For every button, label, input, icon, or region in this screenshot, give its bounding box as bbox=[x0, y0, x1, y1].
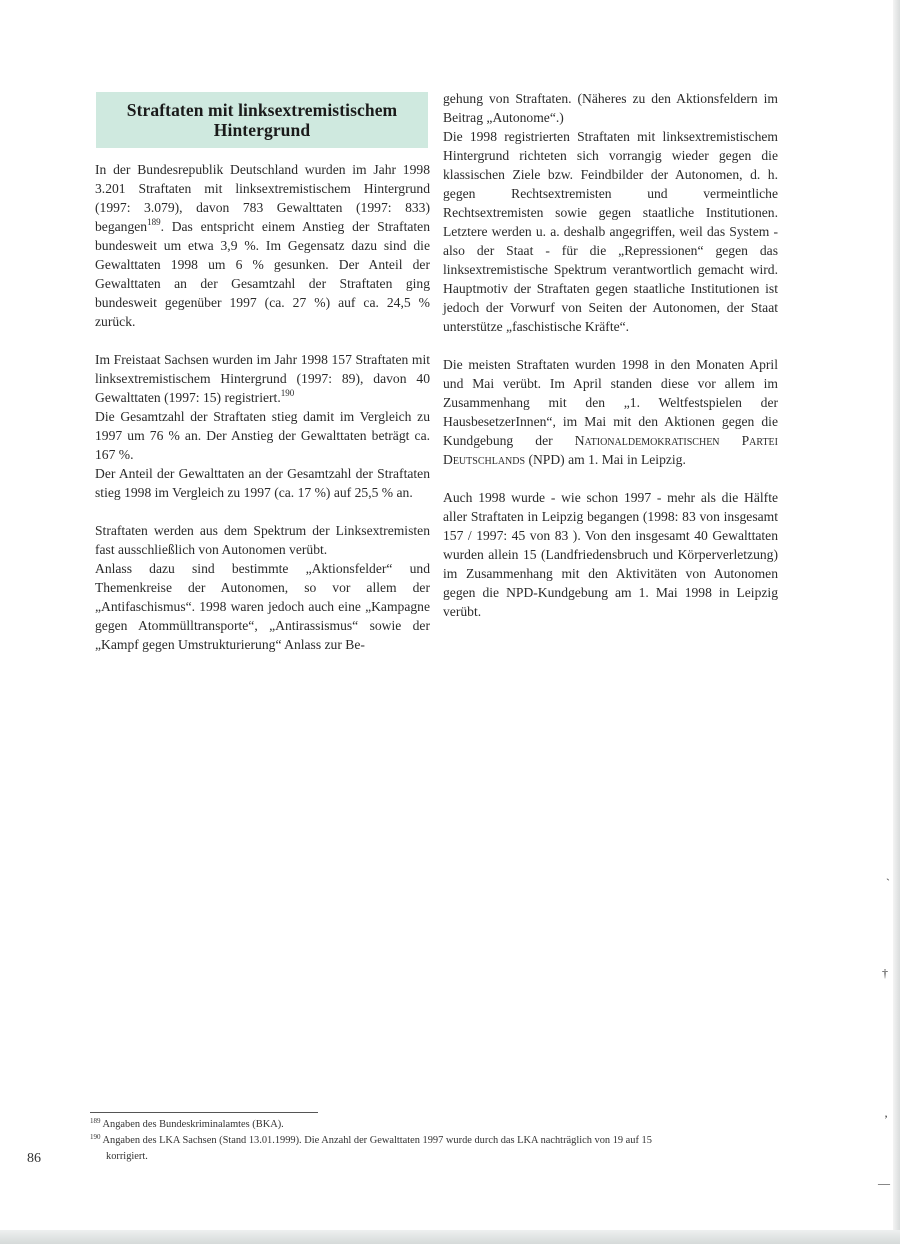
section-title: Straftaten mit linksextremistischem Hint… bbox=[96, 100, 428, 140]
page-edge-shadow-bottom bbox=[0, 1230, 900, 1244]
paragraph-federal-stats: In der Bundesrepublik Deutschland wurden… bbox=[95, 160, 430, 331]
footnote-189: 189 Angaben des Bundeskriminalamtes (BKA… bbox=[90, 1117, 790, 1133]
paragraph-saxony-stats: Im Freistaat Sachsen wurden im Jahr 1998… bbox=[95, 350, 430, 407]
footnotes: 189 Angaben des Bundeskriminalamtes (BKA… bbox=[90, 1117, 790, 1165]
section-title-box: Straftaten mit linksextremistischem Hint… bbox=[96, 92, 428, 148]
paragraph-april-may: Die meisten Straftaten wurden 1998 in de… bbox=[443, 355, 778, 469]
scan-mark: † bbox=[882, 966, 888, 981]
paragraph-violence-share: Der Anteil der Gewalttaten an der Gesamt… bbox=[95, 464, 430, 502]
right-column: gehung von Straftaten. (Näheres zu den A… bbox=[443, 89, 778, 621]
footnote-190: 190 Angaben des LKA Sachsen (Stand 13.01… bbox=[90, 1133, 790, 1165]
left-column: In der Bundesrepublik Deutschland wurden… bbox=[95, 160, 430, 654]
paragraph-perpetrators: Straftaten werden aus dem Spektrum der L… bbox=[95, 521, 430, 559]
scan-mark: — bbox=[878, 1176, 890, 1191]
footnote-ref-190[interactable]: 190 bbox=[281, 388, 295, 398]
footnote-ref-189[interactable]: 189 bbox=[147, 217, 161, 227]
paragraph-action-fields: Anlass dazu sind bestimmte „Aktionsfelde… bbox=[95, 559, 430, 654]
paragraph-continuation: gehung von Straftaten. (Näheres zu den A… bbox=[443, 89, 778, 127]
paragraph-total-increase: Die Gesamtzahl der Straftaten stieg dami… bbox=[95, 407, 430, 464]
page-number: 86 bbox=[27, 1151, 41, 1167]
scan-mark: ` bbox=[886, 876, 890, 891]
scan-mark: ’ bbox=[884, 1112, 888, 1127]
paragraph-leipzig: Auch 1998 wurde - wie schon 1997 - mehr … bbox=[443, 488, 778, 621]
page-edge-shadow-right bbox=[893, 0, 900, 1244]
footnote-divider bbox=[90, 1112, 318, 1113]
paragraph-targets: Die 1998 registrierten Straftaten mit li… bbox=[443, 127, 778, 336]
